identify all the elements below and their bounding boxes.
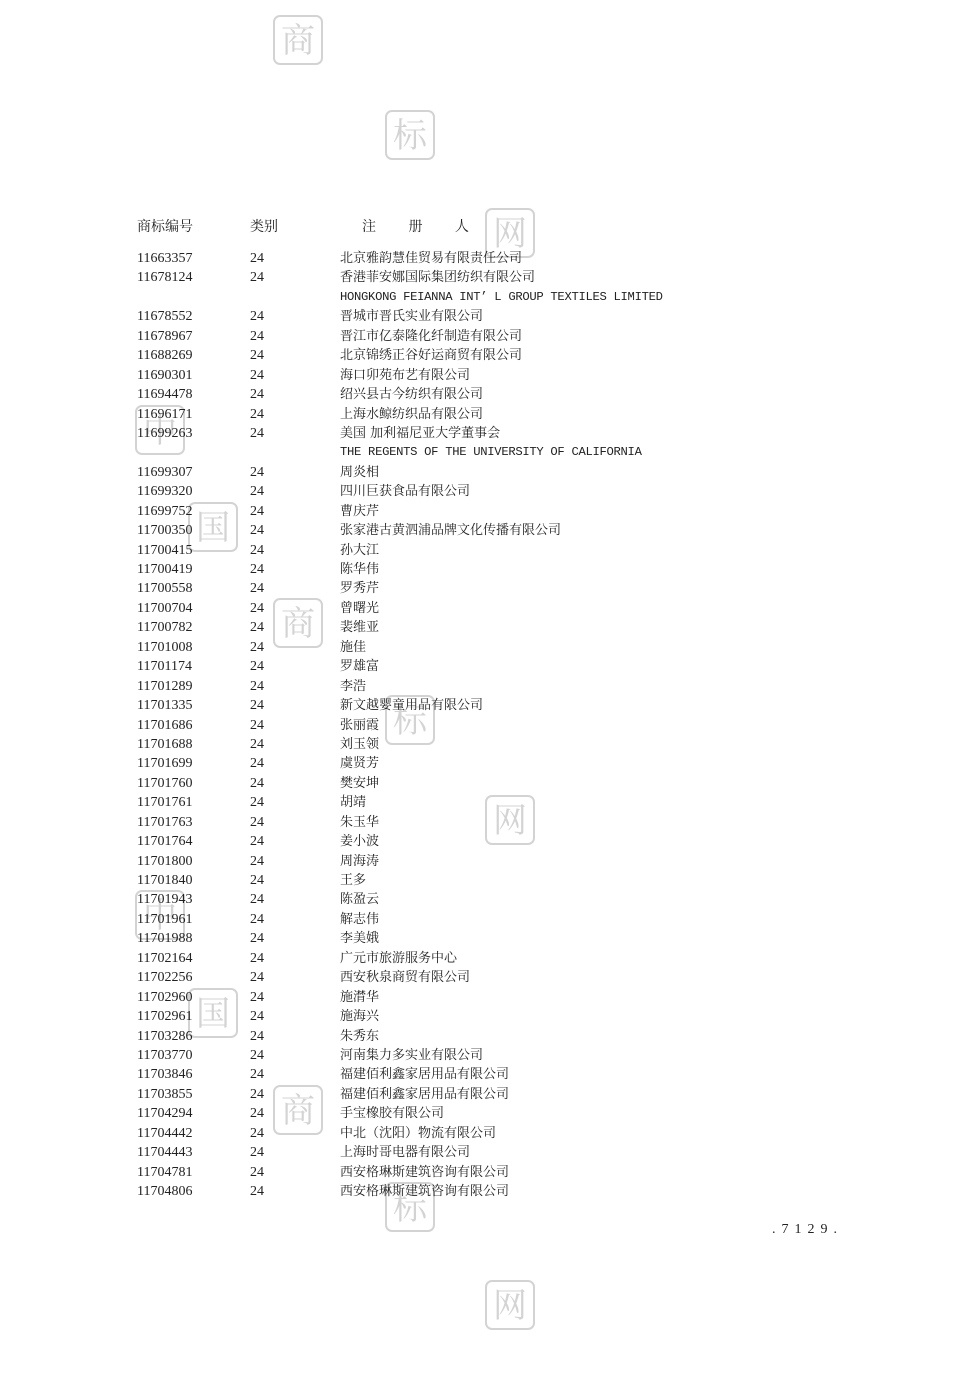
registrant-name: 裴维亚 bbox=[340, 618, 379, 637]
table-row: 1170180024周海涛 bbox=[0, 852, 980, 871]
registrant-name: 福建佰利鑫家居用品有限公司 bbox=[340, 1065, 509, 1084]
registrant-name: 曾曙光 bbox=[340, 599, 379, 618]
table-row: 1170100824施佳 bbox=[0, 638, 980, 657]
registrant-name: 朱玉华 bbox=[340, 813, 379, 832]
category: 24 bbox=[250, 1143, 264, 1162]
category: 24 bbox=[250, 832, 264, 851]
trademark-number: 11701688 bbox=[137, 735, 192, 754]
trademark-number: 11700419 bbox=[137, 560, 192, 579]
table-row: 1170168624张丽霞 bbox=[0, 716, 980, 735]
category: 24 bbox=[250, 249, 264, 268]
registrant-name: 孙大江 bbox=[340, 541, 379, 560]
trademark-number: 11700415 bbox=[137, 541, 192, 560]
registrant-name: 刘玉领 bbox=[340, 735, 379, 754]
table-row: 1170444324上海时哥电器有限公司 bbox=[0, 1143, 980, 1162]
watermark-icon: 商 bbox=[273, 15, 323, 65]
registrant-name: 新文越婴童用品有限公司 bbox=[340, 696, 483, 715]
trademark-number: 11701699 bbox=[137, 754, 192, 773]
category: 24 bbox=[250, 1065, 264, 1084]
table-row: 1170176124胡靖 bbox=[0, 793, 980, 812]
table-row: 1167896724晋江市亿泰隆化纤制造有限公司 bbox=[0, 327, 980, 346]
table-row: 1169447824绍兴县古今纺织有限公司 bbox=[0, 385, 980, 404]
trademark-number: 11701289 bbox=[137, 677, 192, 696]
trademark-number: 11678124 bbox=[137, 268, 192, 287]
registrant-name: 北京雅韵慧佳贸易有限责任公司 bbox=[340, 249, 522, 268]
trademark-number: 11701943 bbox=[137, 890, 192, 909]
trademark-number: 11699307 bbox=[137, 463, 192, 482]
table-row: 1170041524孙大江 bbox=[0, 541, 980, 560]
table-row: 1170055824罗秀芹 bbox=[0, 579, 980, 598]
category: 24 bbox=[250, 327, 264, 346]
category: 24 bbox=[250, 1182, 264, 1201]
registrant-name: 上海水鲸纺织品有限公司 bbox=[340, 405, 483, 424]
category: 24 bbox=[250, 307, 264, 326]
table-row-english-name: THE REGENTS OF THE UNIVERSITY OF CALIFOR… bbox=[0, 443, 980, 462]
registrant-name: THE REGENTS OF THE UNIVERSITY OF CALIFOR… bbox=[340, 443, 642, 462]
category: 24 bbox=[250, 1046, 264, 1065]
category: 24 bbox=[250, 638, 264, 657]
table-row: 1170168824刘玉领 bbox=[0, 735, 980, 754]
header-registrant: 注 册 人 bbox=[362, 216, 483, 236]
table-header: 商标编号 类别 注 册 人 bbox=[0, 216, 980, 236]
registrant-name: 李美娥 bbox=[340, 929, 379, 948]
registrant-name: 西安格琳斯建筑咨询有限公司 bbox=[340, 1163, 509, 1182]
registrant-name: 张丽霞 bbox=[340, 716, 379, 735]
table-row: 1170429424手宝橡胶有限公司 bbox=[0, 1104, 980, 1123]
trademark-number: 11699320 bbox=[137, 482, 192, 501]
category: 24 bbox=[250, 774, 264, 793]
table-row: 1170169924虞贤芳 bbox=[0, 754, 980, 773]
table-row: 1170117424罗雄富 bbox=[0, 657, 980, 676]
registrant-name: 福建佰利鑫家居用品有限公司 bbox=[340, 1085, 509, 1104]
category: 24 bbox=[250, 716, 264, 735]
table-row-english-name: HONGKONG FEIANNA INT’ L GROUP TEXTILES L… bbox=[0, 288, 980, 307]
category: 24 bbox=[250, 988, 264, 1007]
trademark-number: 11696171 bbox=[137, 405, 192, 424]
table-row: 1170384624福建佰利鑫家居用品有限公司 bbox=[0, 1065, 980, 1084]
registrant-name: 中北（沈阳）物流有限公司 bbox=[340, 1124, 496, 1143]
table-row: 1170041924陈华伟 bbox=[0, 560, 980, 579]
table-row: 1170035024张家港古黄泗浦品牌文化传播有限公司 bbox=[0, 521, 980, 540]
registrant-name: 周炎相 bbox=[340, 463, 379, 482]
registrant-name: 晋江市亿泰隆化纤制造有限公司 bbox=[340, 327, 522, 346]
table-row: 1170478124西安格琳斯建筑咨询有限公司 bbox=[0, 1163, 980, 1182]
trademark-number: 11688269 bbox=[137, 346, 192, 365]
table-row: 1169030124海口卯苑布艺有限公司 bbox=[0, 366, 980, 385]
trademark-number: 11700350 bbox=[137, 521, 192, 540]
category: 24 bbox=[250, 385, 264, 404]
registrant-list: 1166335724北京雅韵慧佳贸易有限责任公司1167812424香港菲安娜国… bbox=[0, 249, 980, 1201]
registrant-name: 虞贤芳 bbox=[340, 754, 379, 773]
trademark-number: 11701763 bbox=[137, 813, 192, 832]
category: 24 bbox=[250, 793, 264, 812]
category: 24 bbox=[250, 657, 264, 676]
trademark-number: 11703855 bbox=[137, 1085, 192, 1104]
category: 24 bbox=[250, 890, 264, 909]
table-row: 1170296024施潸华 bbox=[0, 988, 980, 1007]
table-row: 1167812424香港菲安娜国际集团纺织有限公司 bbox=[0, 268, 980, 287]
trademark-number: 11701174 bbox=[137, 657, 192, 676]
registrant-name: 施海兴 bbox=[340, 1007, 379, 1026]
trademark-number: 11702960 bbox=[137, 988, 192, 1007]
category: 24 bbox=[250, 424, 264, 443]
trademark-number: 11704806 bbox=[137, 1182, 192, 1201]
category: 24 bbox=[250, 618, 264, 637]
watermark-icon: 标 bbox=[385, 110, 435, 160]
registrant-name: 张家港古黄泗浦品牌文化传播有限公司 bbox=[340, 521, 561, 540]
registrant-name: 陈华伟 bbox=[340, 560, 379, 579]
table-row: 1170444224中北（沈阳）物流有限公司 bbox=[0, 1124, 980, 1143]
registrant-name: 北京锦绣正谷好运商贸有限公司 bbox=[340, 346, 522, 365]
table-row: 1170176024樊安坤 bbox=[0, 774, 980, 793]
category: 24 bbox=[250, 813, 264, 832]
registrant-name: 解志伟 bbox=[340, 910, 379, 929]
category: 24 bbox=[250, 1104, 264, 1123]
trademark-number: 11703286 bbox=[137, 1027, 192, 1046]
trademark-number: 11701988 bbox=[137, 929, 192, 948]
category: 24 bbox=[250, 1027, 264, 1046]
table-row: 1170176324朱玉华 bbox=[0, 813, 980, 832]
category: 24 bbox=[250, 1124, 264, 1143]
trademark-number: 11699752 bbox=[137, 502, 192, 521]
registrant-name: 曹庆芹 bbox=[340, 502, 379, 521]
trademark-number: 11701840 bbox=[137, 871, 192, 890]
registrant-name: 罗雄富 bbox=[340, 657, 379, 676]
trademark-number: 11700558 bbox=[137, 579, 192, 598]
trademark-number: 11701961 bbox=[137, 910, 192, 929]
trademark-number: 11702164 bbox=[137, 949, 192, 968]
category: 24 bbox=[250, 541, 264, 560]
category: 24 bbox=[250, 1085, 264, 1104]
trademark-number: 11699263 bbox=[137, 424, 192, 443]
category: 24 bbox=[250, 677, 264, 696]
registrant-name: 李浩 bbox=[340, 677, 366, 696]
table-row: 1170184024王多 bbox=[0, 871, 980, 890]
category: 24 bbox=[250, 463, 264, 482]
header-category: 类别 bbox=[250, 216, 278, 236]
registrant-name: 罗秀芹 bbox=[340, 579, 379, 598]
trademark-number: 11701760 bbox=[137, 774, 192, 793]
trademark-number: 11704442 bbox=[137, 1124, 192, 1143]
trademark-number: 11701761 bbox=[137, 793, 192, 812]
category: 24 bbox=[250, 599, 264, 618]
table-row: 1169930724周炎相 bbox=[0, 463, 980, 482]
registrant-name: HONGKONG FEIANNA INT’ L GROUP TEXTILES L… bbox=[340, 288, 663, 307]
category: 24 bbox=[250, 560, 264, 579]
table-row: 1169932024四川巨获食品有限公司 bbox=[0, 482, 980, 501]
table-row: 1170078224裴维亚 bbox=[0, 618, 980, 637]
trademark-number: 11704294 bbox=[137, 1104, 192, 1123]
table-row: 1169617124上海水鲸纺织品有限公司 bbox=[0, 405, 980, 424]
trademark-number: 11701686 bbox=[137, 716, 192, 735]
table-row: 1170133524新文越婴童用品有限公司 bbox=[0, 696, 980, 715]
table-row: 1170070424曾曙光 bbox=[0, 599, 980, 618]
category: 24 bbox=[250, 929, 264, 948]
registrant-name: 美国 加利福尼亚大学董事会 bbox=[340, 424, 500, 443]
table-row: 1170176424姜小波 bbox=[0, 832, 980, 851]
table-row: 1166335724北京雅韵慧佳贸易有限责任公司 bbox=[0, 249, 980, 268]
trademark-number: 11700704 bbox=[137, 599, 192, 618]
table-row: 1169926324美国 加利福尼亚大学董事会 bbox=[0, 424, 980, 443]
registrant-name: 河南集力多实业有限公司 bbox=[340, 1046, 483, 1065]
trademark-number: 11704443 bbox=[137, 1143, 192, 1162]
category: 24 bbox=[250, 502, 264, 521]
trademark-number: 11703846 bbox=[137, 1065, 192, 1084]
trademark-number: 11678967 bbox=[137, 327, 192, 346]
registrant-name: 施佳 bbox=[340, 638, 366, 657]
category: 24 bbox=[250, 1007, 264, 1026]
category: 24 bbox=[250, 482, 264, 501]
trademark-number: 11694478 bbox=[137, 385, 192, 404]
trademark-number: 11701335 bbox=[137, 696, 192, 715]
table-row: 1170328624朱秀东 bbox=[0, 1027, 980, 1046]
registrant-name: 陈盈云 bbox=[340, 890, 379, 909]
trademark-number: 11663357 bbox=[137, 249, 192, 268]
registrant-name: 四川巨获食品有限公司 bbox=[340, 482, 470, 501]
registrant-name: 香港菲安娜国际集团纺织有限公司 bbox=[340, 268, 535, 287]
table-row: 1170194324陈盈云 bbox=[0, 890, 980, 909]
trademark-number: 11701800 bbox=[137, 852, 192, 871]
category: 24 bbox=[250, 852, 264, 871]
registrant-name: 姜小波 bbox=[340, 832, 379, 851]
registrant-name: 绍兴县古今纺织有限公司 bbox=[340, 385, 483, 404]
table-row: 1170377024河南集力多实业有限公司 bbox=[0, 1046, 980, 1065]
table-row: 1170198824李美娥 bbox=[0, 929, 980, 948]
table-row: 1170296124施海兴 bbox=[0, 1007, 980, 1026]
category: 24 bbox=[250, 871, 264, 890]
registrant-name: 王多 bbox=[340, 871, 366, 890]
registrant-name: 周海涛 bbox=[340, 852, 379, 871]
trademark-number: 11703770 bbox=[137, 1046, 192, 1065]
category: 24 bbox=[250, 754, 264, 773]
registrant-name: 晋城市晋氏实业有限公司 bbox=[340, 307, 483, 326]
category: 24 bbox=[250, 405, 264, 424]
registrant-name: 朱秀东 bbox=[340, 1027, 379, 1046]
category: 24 bbox=[250, 949, 264, 968]
category: 24 bbox=[250, 346, 264, 365]
category: 24 bbox=[250, 968, 264, 987]
registrant-name: 海口卯苑布艺有限公司 bbox=[340, 366, 470, 385]
watermark-icon: 网 bbox=[485, 1280, 535, 1330]
trademark-number: 11701764 bbox=[137, 832, 192, 851]
registrant-name: 胡靖 bbox=[340, 793, 366, 812]
table-row: 1167855224晋城市晋氏实业有限公司 bbox=[0, 307, 980, 326]
category: 24 bbox=[250, 1163, 264, 1182]
header-trademark-no: 商标编号 bbox=[137, 216, 193, 236]
trademark-number: 11678552 bbox=[137, 307, 192, 326]
category: 24 bbox=[250, 579, 264, 598]
category: 24 bbox=[250, 268, 264, 287]
category: 24 bbox=[250, 735, 264, 754]
registrant-name: 广元市旅游服务中心 bbox=[340, 949, 457, 968]
trademark-number: 11704781 bbox=[137, 1163, 192, 1182]
registrant-name: 上海时哥电器有限公司 bbox=[340, 1143, 470, 1162]
table-row: 1170225624西安秋泉商贸有限公司 bbox=[0, 968, 980, 987]
registrant-name: 樊安坤 bbox=[340, 774, 379, 793]
table-row: 1170216424广元市旅游服务中心 bbox=[0, 949, 980, 968]
trademark-number: 11701008 bbox=[137, 638, 192, 657]
category: 24 bbox=[250, 910, 264, 929]
category: 24 bbox=[250, 696, 264, 715]
table-row: 1170128924李浩 bbox=[0, 677, 980, 696]
page-number: .7129. bbox=[772, 1222, 843, 1238]
registrant-name: 西安格琳斯建筑咨询有限公司 bbox=[340, 1182, 509, 1201]
table-row: 1170385524福建佰利鑫家居用品有限公司 bbox=[0, 1085, 980, 1104]
trademark-number: 11690301 bbox=[137, 366, 192, 385]
category: 24 bbox=[250, 366, 264, 385]
table-row: 1170196124解志伟 bbox=[0, 910, 980, 929]
registrant-name: 手宝橡胶有限公司 bbox=[340, 1104, 444, 1123]
registrant-name: 施潸华 bbox=[340, 988, 379, 1007]
trademark-number: 11702256 bbox=[137, 968, 192, 987]
trademark-number: 11702961 bbox=[137, 1007, 192, 1026]
trademark-number: 11700782 bbox=[137, 618, 192, 637]
table-row: 1170480624西安格琳斯建筑咨询有限公司 bbox=[0, 1182, 980, 1201]
table-row: 1168826924北京锦绣正谷好运商贸有限公司 bbox=[0, 346, 980, 365]
registrant-name: 西安秋泉商贸有限公司 bbox=[340, 968, 470, 987]
category: 24 bbox=[250, 521, 264, 540]
table-row: 1169975224曹庆芹 bbox=[0, 502, 980, 521]
